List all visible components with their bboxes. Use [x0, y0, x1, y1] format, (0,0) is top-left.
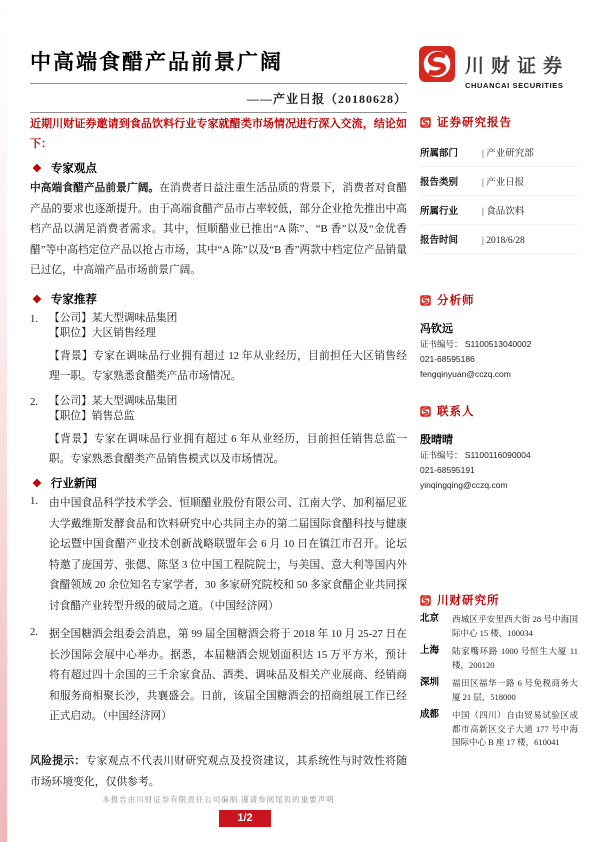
- diamond-bullet-icon: ❖: [32, 162, 42, 175]
- info-label: 所属部门: [420, 145, 482, 159]
- section-expert-view-header: ❖ 专家观点: [30, 160, 407, 174]
- item-number: 1.: [30, 311, 49, 386]
- sidebar: 证券研究报告 所属部门 产业研究部 报告类别 产业日报 所属行业 食品饮料 报告…: [420, 114, 578, 750]
- position-line: 【职位】大区销售经理: [49, 326, 407, 341]
- recommend-item: 2. 【公司】某大型调味品集团 【职位】销售总监 【背景】专家在调味品行业拥有超…: [30, 394, 407, 469]
- contact-email: yinqingqing@cczq.com: [420, 479, 578, 492]
- info-label: 报告类别: [420, 174, 482, 188]
- risk-note: 风险提示：专家观点不代表川财研究观点及投资建议，其系统性与时效性将随市场环境变化…: [30, 751, 407, 793]
- subtitle-rule: [30, 112, 407, 113]
- report-type-header: 证券研究报告: [420, 114, 578, 130]
- recommend-item-body: 【公司】某大型调味品集团 【职位】销售总监 【背景】专家在调味品行业拥有超过 6…: [49, 394, 407, 469]
- analyst-card: 冯钦远 证书编号： S1100513040002 021-68595186 fe…: [420, 320, 578, 381]
- office-row: 北京 西城区平安里西大街 28 号中海国际中心 15 楼，100034: [420, 613, 578, 640]
- diamond-bullet-icon: ❖: [32, 293, 42, 306]
- info-value: 2018/6/28: [482, 236, 525, 246]
- info-value: 食品饮料: [482, 203, 524, 217]
- company-line: 【公司】某大型调味品集团: [49, 394, 407, 409]
- info-label: 所属行业: [420, 203, 482, 217]
- company-line: 【公司】某大型调味品集团: [49, 311, 407, 326]
- contact-phone: 021-68595191: [420, 464, 578, 477]
- office-row: 深圳 福田区福华一路 6 号免税商务大厦 21 层，518000: [420, 677, 578, 704]
- paragraph-body: 在消费者日益注重生活品质的背景下，消费者对食醋产品的要求也逐渐提升。由于高端食醋…: [30, 182, 407, 276]
- diamond-bullet-icon: ❖: [32, 477, 42, 490]
- recommend-item: 1. 【公司】某大型调味品集团 【职位】大区销售经理 【背景】专家在调味品行业拥…: [30, 311, 407, 386]
- brand-name-cn: 川财证券: [465, 51, 569, 78]
- mini-logo-icon: [420, 406, 431, 417]
- info-value: 产业日报: [482, 174, 524, 188]
- mini-logo-icon: [420, 595, 431, 606]
- expert-view-paragraph: 中高端食醋产品前景广阔。在消费者日益注重生活品质的背景下，消费者对食醋产品的要求…: [30, 178, 407, 281]
- position-line: 【职位】销售总监: [49, 409, 407, 424]
- item-number: 1.: [30, 493, 49, 616]
- institute-header: 川财研究所: [420, 592, 578, 608]
- office-address: 西城区平安里西大街 28 号中海国际中心 15 楼，100034: [452, 613, 578, 640]
- office-city: 成都: [420, 709, 452, 750]
- info-value: 产业研究部: [482, 145, 534, 159]
- page-title: 中高端食醋产品前景广阔: [30, 46, 283, 76]
- analyst-header: 分析师: [420, 292, 578, 308]
- page-number-badge: 1/2: [219, 810, 271, 827]
- office-city: 上海: [420, 645, 452, 672]
- recommend-item-body: 【公司】某大型调味品集团 【职位】大区销售经理 【背景】专家在调味品行业拥有超过…: [49, 311, 407, 386]
- mini-logo-icon: [420, 117, 431, 128]
- background-line: 【背景】专家在调味品行业拥有超过 12 年从业经历，目前担任大区销售经理一职。专…: [49, 346, 407, 386]
- main-content: 近期川财证券邀请到食品饮料行业专家就醋类市场情况进行深入交流，结论如下： ❖ 专…: [30, 114, 407, 803]
- analyst-header-label: 分析师: [437, 292, 475, 308]
- section-title: 专家推荐: [51, 291, 97, 307]
- footer-disclaimer: 本报告由川财证券有限责任公司编制 谨请参阅尾页的重要声明: [30, 794, 407, 805]
- section-expert-recommend-header: ❖ 专家推荐: [30, 291, 407, 305]
- risk-text: 专家观点不代表川财研究观点及投资建议，其系统性与时效性将随市场环境变化，仅供参考…: [30, 755, 407, 788]
- news-item: 1. 由中国食品科学技术学会、恒顺醋业股份有限公司、江南大学、加利福尼亚大学戴维…: [30, 493, 407, 616]
- analyst-name: 冯钦远: [420, 320, 578, 336]
- info-row: 所属行业 食品饮料: [420, 196, 578, 225]
- item-number: 2.: [30, 624, 49, 727]
- contact-header-label: 联系人: [437, 403, 475, 419]
- institute-header-label: 川财研究所: [437, 592, 500, 608]
- report-subtitle: ——产业日报（20180628）: [30, 90, 407, 107]
- office-address: 陆家嘴环路 1000 号恒生大厦 11 楼，200120: [452, 645, 578, 672]
- paragraph-lead: 中高端食醋产品前景广阔。: [30, 182, 159, 194]
- title-rule: [30, 83, 407, 84]
- contact-header: 联系人: [420, 403, 578, 419]
- contact-name: 殷晴晴: [420, 431, 578, 447]
- brand-logo-icon: [418, 45, 456, 83]
- office-city: 深圳: [420, 677, 452, 704]
- page-edge-shade: [0, 0, 7, 842]
- brand-logo-text: 川财证券 CHUANCAI SECURITIES: [465, 45, 569, 90]
- office-row: 成都 中国（四川）自由贸易试验区成都市高新区交子大道 177 号中海国际中心 B…: [420, 709, 578, 750]
- info-row: 报告时间 2018/6/28: [420, 225, 578, 254]
- mini-logo-icon: [420, 295, 431, 306]
- analyst-email: fengqinyuan@cczq.com: [420, 368, 578, 381]
- office-address: 福田区福华一路 6 号免税商务大厦 21 层，518000: [452, 677, 578, 704]
- report-type-label: 证券研究报告: [437, 114, 512, 130]
- brand-logo: 川财证券 CHUANCAI SECURITIES: [418, 45, 569, 90]
- risk-label: 风险提示：: [30, 755, 86, 767]
- office-city: 北京: [420, 613, 452, 640]
- office-row: 上海 陆家嘴环路 1000 号恒生大厦 11 楼，200120: [420, 645, 578, 672]
- news-item: 2. 据全国糖酒会组委会消息，第 99 届全国糖酒会将于 2018 年 10 月…: [30, 624, 407, 727]
- news-text: 由中国食品科学技术学会、恒顺醋业股份有限公司、江南大学、加利福尼亚大学戴维斯发酵…: [49, 493, 407, 616]
- info-row: 报告类别 产业日报: [420, 167, 578, 196]
- info-label: 报告时间: [420, 232, 482, 246]
- item-number: 2.: [30, 394, 49, 469]
- background-line: 【背景】专家在调味品行业拥有超过 6 年从业经历，目前担任销售总监一职。专家熟悉…: [49, 429, 407, 469]
- section-title: 专家观点: [51, 160, 97, 176]
- brand-name-en: CHUANCAI SECURITIES: [465, 81, 569, 90]
- news-text: 据全国糖酒会组委会消息，第 99 届全国糖酒会将于 2018 年 10 月 25…: [49, 624, 407, 727]
- info-row: 所属部门 产业研究部: [420, 138, 578, 167]
- analyst-phone: 021-68595186: [420, 353, 578, 366]
- section-title: 行业新闻: [51, 475, 97, 491]
- report-page: 中高端食醋产品前景广阔 川财证券 CHUANCAI SECURITIES ——产…: [0, 0, 595, 842]
- contact-cert: 证书编号： S1100116090004: [420, 449, 578, 462]
- report-info-table: 所属部门 产业研究部 报告类别 产业日报 所属行业 食品饮料 报告时间 2018…: [420, 138, 578, 254]
- office-address: 中国（四川）自由贸易试验区成都市高新区交子大道 177 号中海国际中心 B 座 …: [452, 709, 578, 750]
- section-industry-news-header: ❖ 行业新闻: [30, 475, 407, 489]
- contact-card: 殷晴晴 证书编号： S1100116090004 021-68595191 yi…: [420, 431, 578, 492]
- intro-note: 近期川财证券邀请到食品饮料行业专家就醋类市场情况进行深入交流，结论如下：: [30, 114, 407, 154]
- analyst-cert: 证书编号： S1100513040002: [420, 338, 578, 351]
